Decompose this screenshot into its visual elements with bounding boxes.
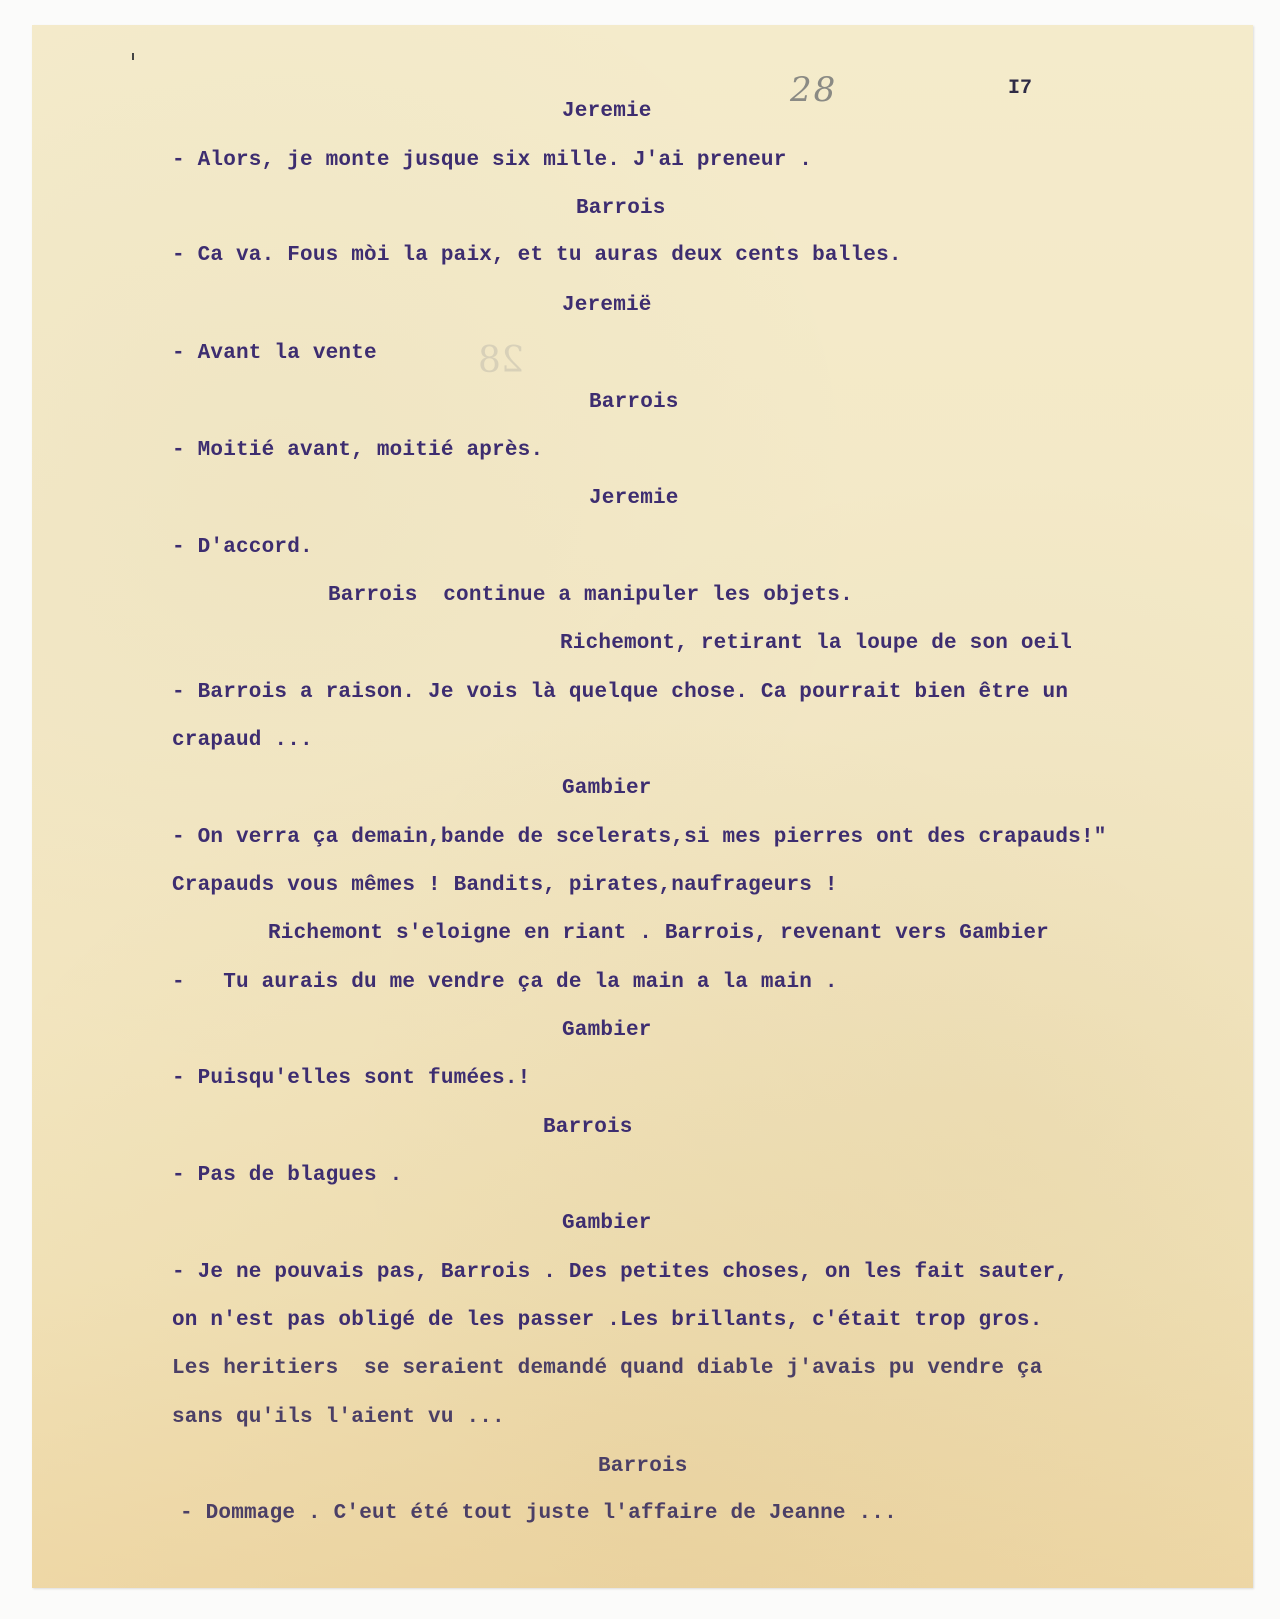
speaker-name: Gambier xyxy=(562,777,652,801)
ghost-folio-bleedthrough: 28 xyxy=(478,340,524,381)
speaker-name: Jeremië xyxy=(562,294,652,318)
dialogue-line: - Alors, je monte jusque six mille. J'ai… xyxy=(172,149,812,173)
speaker-name: Jeremie xyxy=(589,487,679,511)
dialogue-line: - Dommage . C'eut été tout juste l'affai… xyxy=(180,1502,897,1526)
dialogue-line: - Avant la vente xyxy=(172,342,377,366)
dialogue-line: - Tu aurais du me vendre ça de la main a… xyxy=(172,971,838,995)
speaker-name: Gambier xyxy=(562,1212,652,1236)
dialogue-line: - Je ne pouvais pas, Barrois . Des petit… xyxy=(172,1261,1068,1285)
speaker-name: Barrois xyxy=(576,197,666,221)
speaker-name: Gambier xyxy=(562,1019,652,1043)
dialogue-line: - D'accord. xyxy=(172,536,313,560)
dialogue-line: - On verra ça demain,bande de scelerats,… xyxy=(172,826,1107,850)
page-number: I7 xyxy=(1008,77,1032,100)
dialogue-line: - Moitié avant, moitié après. xyxy=(172,439,543,463)
dialogue-continuation: crapaud ... xyxy=(172,729,313,753)
dialogue-line: - Barrois a raison. Je vois là quelque c… xyxy=(172,681,1068,705)
dialogue-line: - Ca va. Fous mòi la paix, et tu auras d… xyxy=(172,244,902,268)
dialogue-continuation: sans qu'ils l'aient vu ... xyxy=(172,1406,505,1430)
dialogue-line: - Puisqu'elles sont fumées.! xyxy=(172,1067,530,1091)
speaker-name: Jeremie xyxy=(562,100,652,124)
stage-direction: Richemont s'eloigne en riant . Barrois, … xyxy=(268,922,1049,946)
margin-mark xyxy=(132,53,134,60)
speaker-name: Barrois xyxy=(543,1116,633,1140)
dialogue-continuation: Les heritiers se seraient demandé quand … xyxy=(172,1357,1043,1381)
speaker-name: Barrois xyxy=(598,1455,688,1479)
dialogue-continuation: on n'est pas obligé de les passer .Les b… xyxy=(172,1309,1043,1333)
handwritten-folio-number: 28 xyxy=(790,70,837,110)
dialogue-continuation: Crapauds vous mêmes ! Bandits, pirates,n… xyxy=(172,874,838,898)
speaker-direction: Richemont, retirant la loupe de son oeil xyxy=(560,632,1072,656)
speaker-name: Barrois xyxy=(589,391,679,415)
stage-direction: Barrois continue a manipuler les objets. xyxy=(328,584,853,608)
dialogue-line: - Pas de blagues . xyxy=(172,1164,402,1188)
